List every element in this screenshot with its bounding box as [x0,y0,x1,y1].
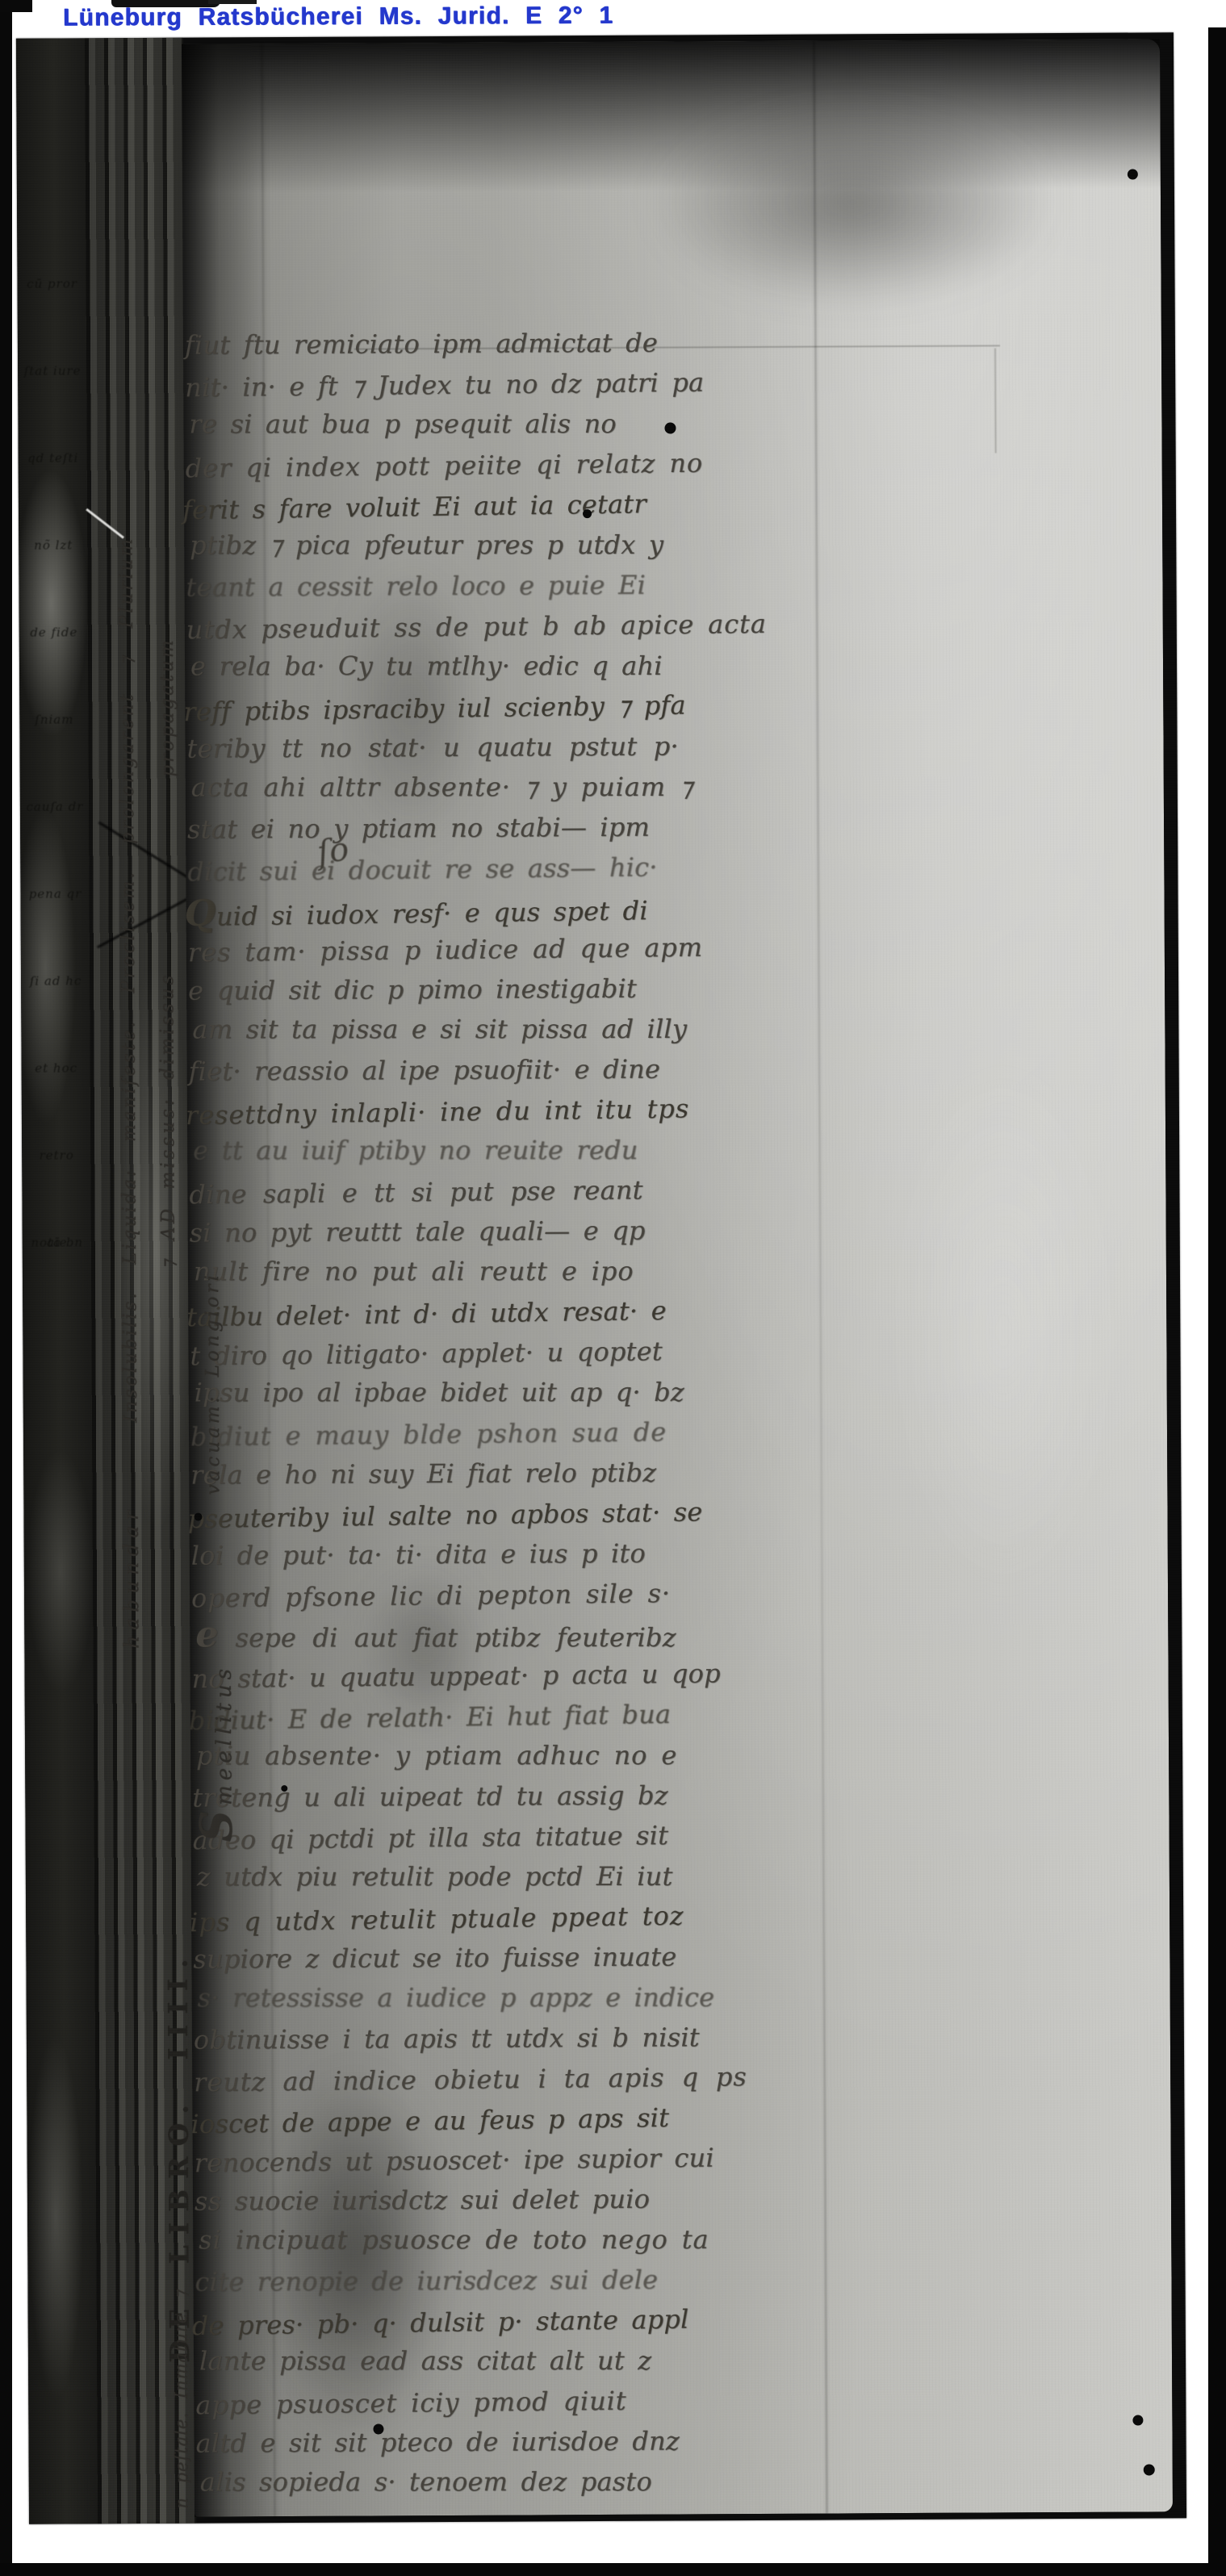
manuscript-line: operd pfsone lic di pepton sile s· [191,1570,1011,1619]
stain [569,56,1136,349]
manuscript-line: z utdx piu retulit pode pctd Ei iut [197,1856,1016,1897]
frame-border-bottom [0,2563,1226,2576]
manuscript-line: treteng u ali uipeat td tu assig bz [192,1773,1011,1817]
manuscript-line: re si aut bua p psequit alis no [189,404,1008,445]
manuscript-line: adeo qi pctdi pt illa sta titatue sit [192,1812,1011,1861]
wormhole [583,509,592,518]
manuscript-line: nit· in· e ft ⁊ Judex tu no dz patri pa [185,359,1004,408]
margin-note-pestale: n peſtale. Inmature ⁊ [171,2290,191,2509]
manuscript-line: e quid sit dic p pimo inestigabit [188,966,1007,1010]
manuscript-line: stat ei no y ptiam no stabi— ipm [187,805,1006,849]
margin-note-admissus: ⁊ AD missus: dimissus [157,972,179,1269]
manuscript-line: appe psuoscet iciy pmod qiuit [195,2377,1015,2426]
manuscript-line: e rela ba· Cy tu mtlhy· edic q ahi [190,646,1010,687]
manuscript-line: ptiu absente· y ptiam adhuc no e [196,1735,1015,1776]
manuscript-line: teant a cessit relo loco e puie Ei [186,562,1005,607]
fore-edge-fragment: ſi ad hc [26,937,86,1024]
manuscript-line: altd e sit sit pteco de iurisdoe dnz [195,2419,1015,2463]
wormhole [1128,169,1138,180]
manuscript-text-block: fiut ftu remiciato ipm admictat denit· i… [185,320,1015,2503]
manuscript-line: bidiut e mauy blde pshon sua de [190,1408,1010,1457]
manuscript-line: obtinuisse i ta apis tt utdx si b nisit [194,2015,1013,2060]
fore-edge-fragment: et hoc [26,1024,86,1111]
manuscript-line: renocends ut psuoscet· ipe supior cui [194,2135,1013,2184]
manuscript-line: t diro qo litigato· applet· u qoptet [190,1328,1009,1377]
wormhole [281,1785,287,1792]
manuscript-line: fiut ftu remiciato ipm admictat de [185,320,1004,365]
fore-edge-fragment: de fide [24,588,85,675]
manuscript-line: res tam· pissa p iudice ad que apm [188,924,1007,973]
manuscript-line: acta ahi alttr absente· ⁊ y puiam ⁊ [191,767,1011,808]
margin-note-habundar: habundar [119,1505,143,1649]
fore-edge-fragment: retro aīe [27,1111,87,1198]
wormhole [664,423,676,434]
manuscript-line: si incipuat psuosce de toto nego ta [199,2219,1018,2260]
wormhole [1144,2464,1155,2475]
frame-border-left [0,5,12,2576]
fore-edge-fragment: cū pror [22,240,82,327]
manuscript-line: ptibz ⁊ pica pfeutur pres p utdx y [190,525,1009,566]
manuscript-line: de pres· pb· q· dulsit p· stante appl [191,2294,1011,2346]
paragraph-mark: ſo [315,830,351,872]
margin-note-vacuam: vacuam: Longiori [202,1272,224,1495]
manuscript-line: resettdny inlapli· ine du int itu tps [186,1084,1006,1135]
frame-top-smudge [111,0,220,7]
fore-edge-fragment: cauſa dr [25,763,86,850]
manuscript-line: s· retessisse a iudice p appz e indice [198,1977,1017,2018]
manuscript-line: alis sopieda s· tenoem dez pasto [200,2461,1019,2503]
book-fore-edge: cū prorſtat iureqd teſtinõ lztde fideſni… [16,38,98,2524]
manuscript-line: teriby tt no stat· u quatu pstut p· [186,724,1006,768]
fore-edge-fragment: ſniam [24,675,85,763]
margin-note-propagatum: propagatum [157,638,178,776]
wormhole [195,1513,203,1521]
manuscript-line: dine sapli e tt si put pse reant [189,1166,1008,1215]
scan-page: Lüneburg Ratsbücherei Ms. Jurid. E 2° 1 … [0,0,1226,2576]
manuscript-line: e sepe di aut fiat ptibz feuteribz [195,1614,1015,1655]
manuscript-line: ipsu ipo al ipbae bidet uit ap q· bz [195,1372,1014,1413]
manuscript-line: e tt au iuif ptiby no reuite redu [193,1130,1012,1171]
fore-edge-fragment: nõ lzt [23,501,84,588]
manuscript-line: lante pissa ead ass citat alt ut z [199,2340,1019,2382]
fore-edge-fragment: qd teſti [23,414,83,501]
wormhole [373,2423,383,2434]
margin-note-smeellitus: Smeellitus [189,1664,241,1842]
fore-edge-fragment: nota bn [27,1198,87,1286]
manuscript-line: loi de put· ta· ti· dita e ius p ito [191,1531,1011,1575]
fore-edge-fragment: pena qr [25,850,86,937]
frame-corner-top-left [0,0,32,12]
fore-edge-text: cū prorſtat iureqd teſtinõ lztde fideſni… [22,240,87,1286]
frame-top-smudge [208,0,257,4]
manuscript-line: ss suocie iurisdctz sui delet puio [195,2177,1014,2221]
manuscript-photo: cū prorſtat iureqd teſtinõ lztde fideſni… [16,32,1186,2524]
manuscript-line: utdx pseuduit ss de put b ab apice acta [186,601,1006,650]
manuscript-line: am sit ta pissa e si sit pissa ad illy [192,1009,1011,1050]
frame-border-right [1208,27,1226,2576]
fore-edge-fragment: ſtat iure [23,327,83,414]
wormhole [1132,2415,1143,2426]
manuscript-line: si no pyt reuttt tale quali— e qp [190,1208,1009,1252]
manuscript-line: supiore z dicut se ito fuisse inuate [193,1934,1012,1979]
manuscript-line: nult fire no put ali reutt e ipo [194,1251,1013,1292]
